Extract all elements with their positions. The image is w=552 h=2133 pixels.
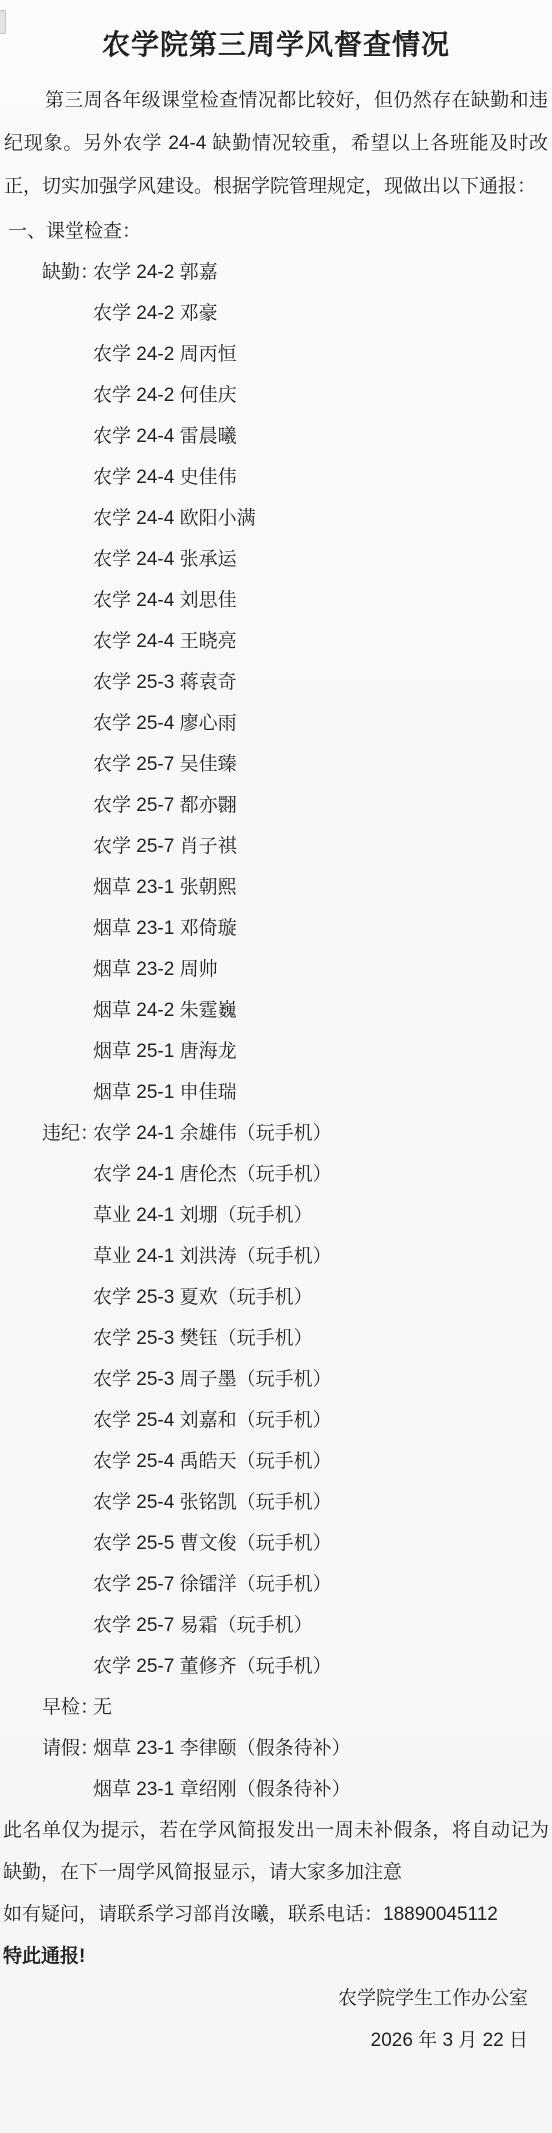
- list-item: 农学 24-4 史佳伟: [93, 457, 552, 498]
- list-item: 农学 24-4 王晓亮: [93, 621, 552, 662]
- signature-date: 2026 年 3 月 22 日: [0, 2020, 552, 2062]
- list-item: 农学 24-1 余雄伟（玩手机）: [93, 1113, 552, 1154]
- notice-document: 农学院第三周学风督查情况 第三周各年级课堂检查情况都比较好，但仍然存在缺勤和违纪…: [0, 0, 552, 2133]
- list-item: 烟草 23-1 李律颐（假条待补）: [93, 1728, 552, 1769]
- list-item: 农学 25-3 夏欢（玩手机）: [93, 1277, 552, 1318]
- list-item: 农学 25-5 曹文俊（玩手机）: [93, 1523, 552, 1564]
- reminder-note: 此名单仅为提示，若在学风简报发出一周未补假条，将自动记为缺勤，在下一周学风简报显…: [3, 1810, 549, 1894]
- list-item: 烟草 23-1 邓倚璇: [93, 908, 552, 949]
- list-item: 草业 24-1 刘洪涛（玩手机）: [93, 1236, 552, 1277]
- category-label-morning-check: 早检：: [42, 1687, 93, 1728]
- contact-note: 如有疑问，请联系学习部肖汝曦，联系电话：18890045112: [3, 1894, 549, 1936]
- violation-list: 农学 24-1 余雄伟（玩手机）农学 24-1 唐伦杰（玩手机）草业 24-1 …: [93, 1113, 552, 1687]
- list-item: 农学 24-1 唐伦杰（玩手机）: [93, 1154, 552, 1195]
- category-violation: 违纪： 农学 24-1 余雄伟（玩手机）农学 24-1 唐伦杰（玩手机）草业 2…: [42, 1113, 552, 1687]
- list-item: 农学 25-4 张铭凯（玩手机）: [93, 1482, 552, 1523]
- list-item: 烟草 25-1 唐海龙: [93, 1031, 552, 1072]
- closing-statement: 特此通报!: [3, 1936, 549, 1978]
- category-morning-check: 早检： 无: [42, 1687, 552, 1728]
- screen-edge-artifact: [0, 10, 6, 34]
- list-item: 农学 25-7 董修齐（玩手机）: [93, 1646, 552, 1687]
- list-item: 草业 24-1 刘堋（玩手机）: [93, 1195, 552, 1236]
- list-item: 农学 25-7 都亦翾: [93, 785, 552, 826]
- category-label-leave: 请假：: [42, 1728, 93, 1769]
- list-item: 农学 24-4 欧阳小满: [93, 498, 552, 539]
- list-item: 农学 24-4 雷晨曦: [93, 416, 552, 457]
- list-item: 烟草 23-2 周帅: [93, 949, 552, 990]
- absence-list: 农学 24-2 郭嘉农学 24-2 邓豪农学 24-2 周丙恒农学 24-2 何…: [93, 252, 552, 1113]
- category-label-violation: 违纪：: [42, 1113, 93, 1154]
- section-heading-classroom-check: 一、课堂检查：: [8, 211, 552, 252]
- list-item: 农学 24-2 邓豪: [93, 293, 552, 334]
- morning-check-list: 无: [93, 1687, 552, 1728]
- list-item: 农学 25-3 周子墨（玩手机）: [93, 1359, 552, 1400]
- category-label-absence: 缺勤：: [42, 252, 93, 293]
- list-item: 农学 25-7 肖子祺: [93, 826, 552, 867]
- list-item: 农学 25-4 廖心雨: [93, 703, 552, 744]
- list-item: 农学 25-4 刘嘉和（玩手机）: [93, 1400, 552, 1441]
- list-item: 农学 25-7 易霜（玩手机）: [93, 1605, 552, 1646]
- intro-paragraph: 第三周各年级课堂检查情况都比较好，但仍然存在缺勤和违纪现象。另外农学 24-4 …: [4, 79, 548, 208]
- list-item: 烟草 23-1 章绍刚（假条待补）: [93, 1769, 552, 1810]
- list-item: 农学 24-2 何佳庆: [93, 375, 552, 416]
- list-item: 烟草 23-1 张朝熙: [93, 867, 552, 908]
- list-item: 烟草 25-1 申佳瑞: [93, 1072, 552, 1113]
- list-item: 农学 24-2 郭嘉: [93, 252, 552, 293]
- list-item: 农学 24-4 刘思佳: [93, 580, 552, 621]
- list-item: 农学 24-4 张承运: [93, 539, 552, 580]
- list-item: 农学 24-2 周丙恒: [93, 334, 552, 375]
- signature-office: 农学院学生工作办公室: [0, 1978, 552, 2020]
- category-leave: 请假： 烟草 23-1 李律颐（假条待补）烟草 23-1 章绍刚（假条待补）: [42, 1728, 552, 1810]
- category-absence: 缺勤： 农学 24-2 郭嘉农学 24-2 邓豪农学 24-2 周丙恒农学 24…: [42, 252, 552, 1113]
- list-item: 农学 25-7 吴佳臻: [93, 744, 552, 785]
- page-title: 农学院第三周学风督查情况: [0, 0, 552, 64]
- list-item: 农学 25-7 徐镭洋（玩手机）: [93, 1564, 552, 1605]
- leave-list: 烟草 23-1 李律颐（假条待补）烟草 23-1 章绍刚（假条待补）: [93, 1728, 552, 1810]
- list-item: 农学 25-3 樊钰（玩手机）: [93, 1318, 552, 1359]
- list-item: 农学 25-4 禹皓天（玩手机）: [93, 1441, 552, 1482]
- list-item: 烟草 24-2 朱霆巍: [93, 990, 552, 1031]
- list-item: 无: [93, 1687, 552, 1728]
- list-item: 农学 25-3 蒋袁奇: [93, 662, 552, 703]
